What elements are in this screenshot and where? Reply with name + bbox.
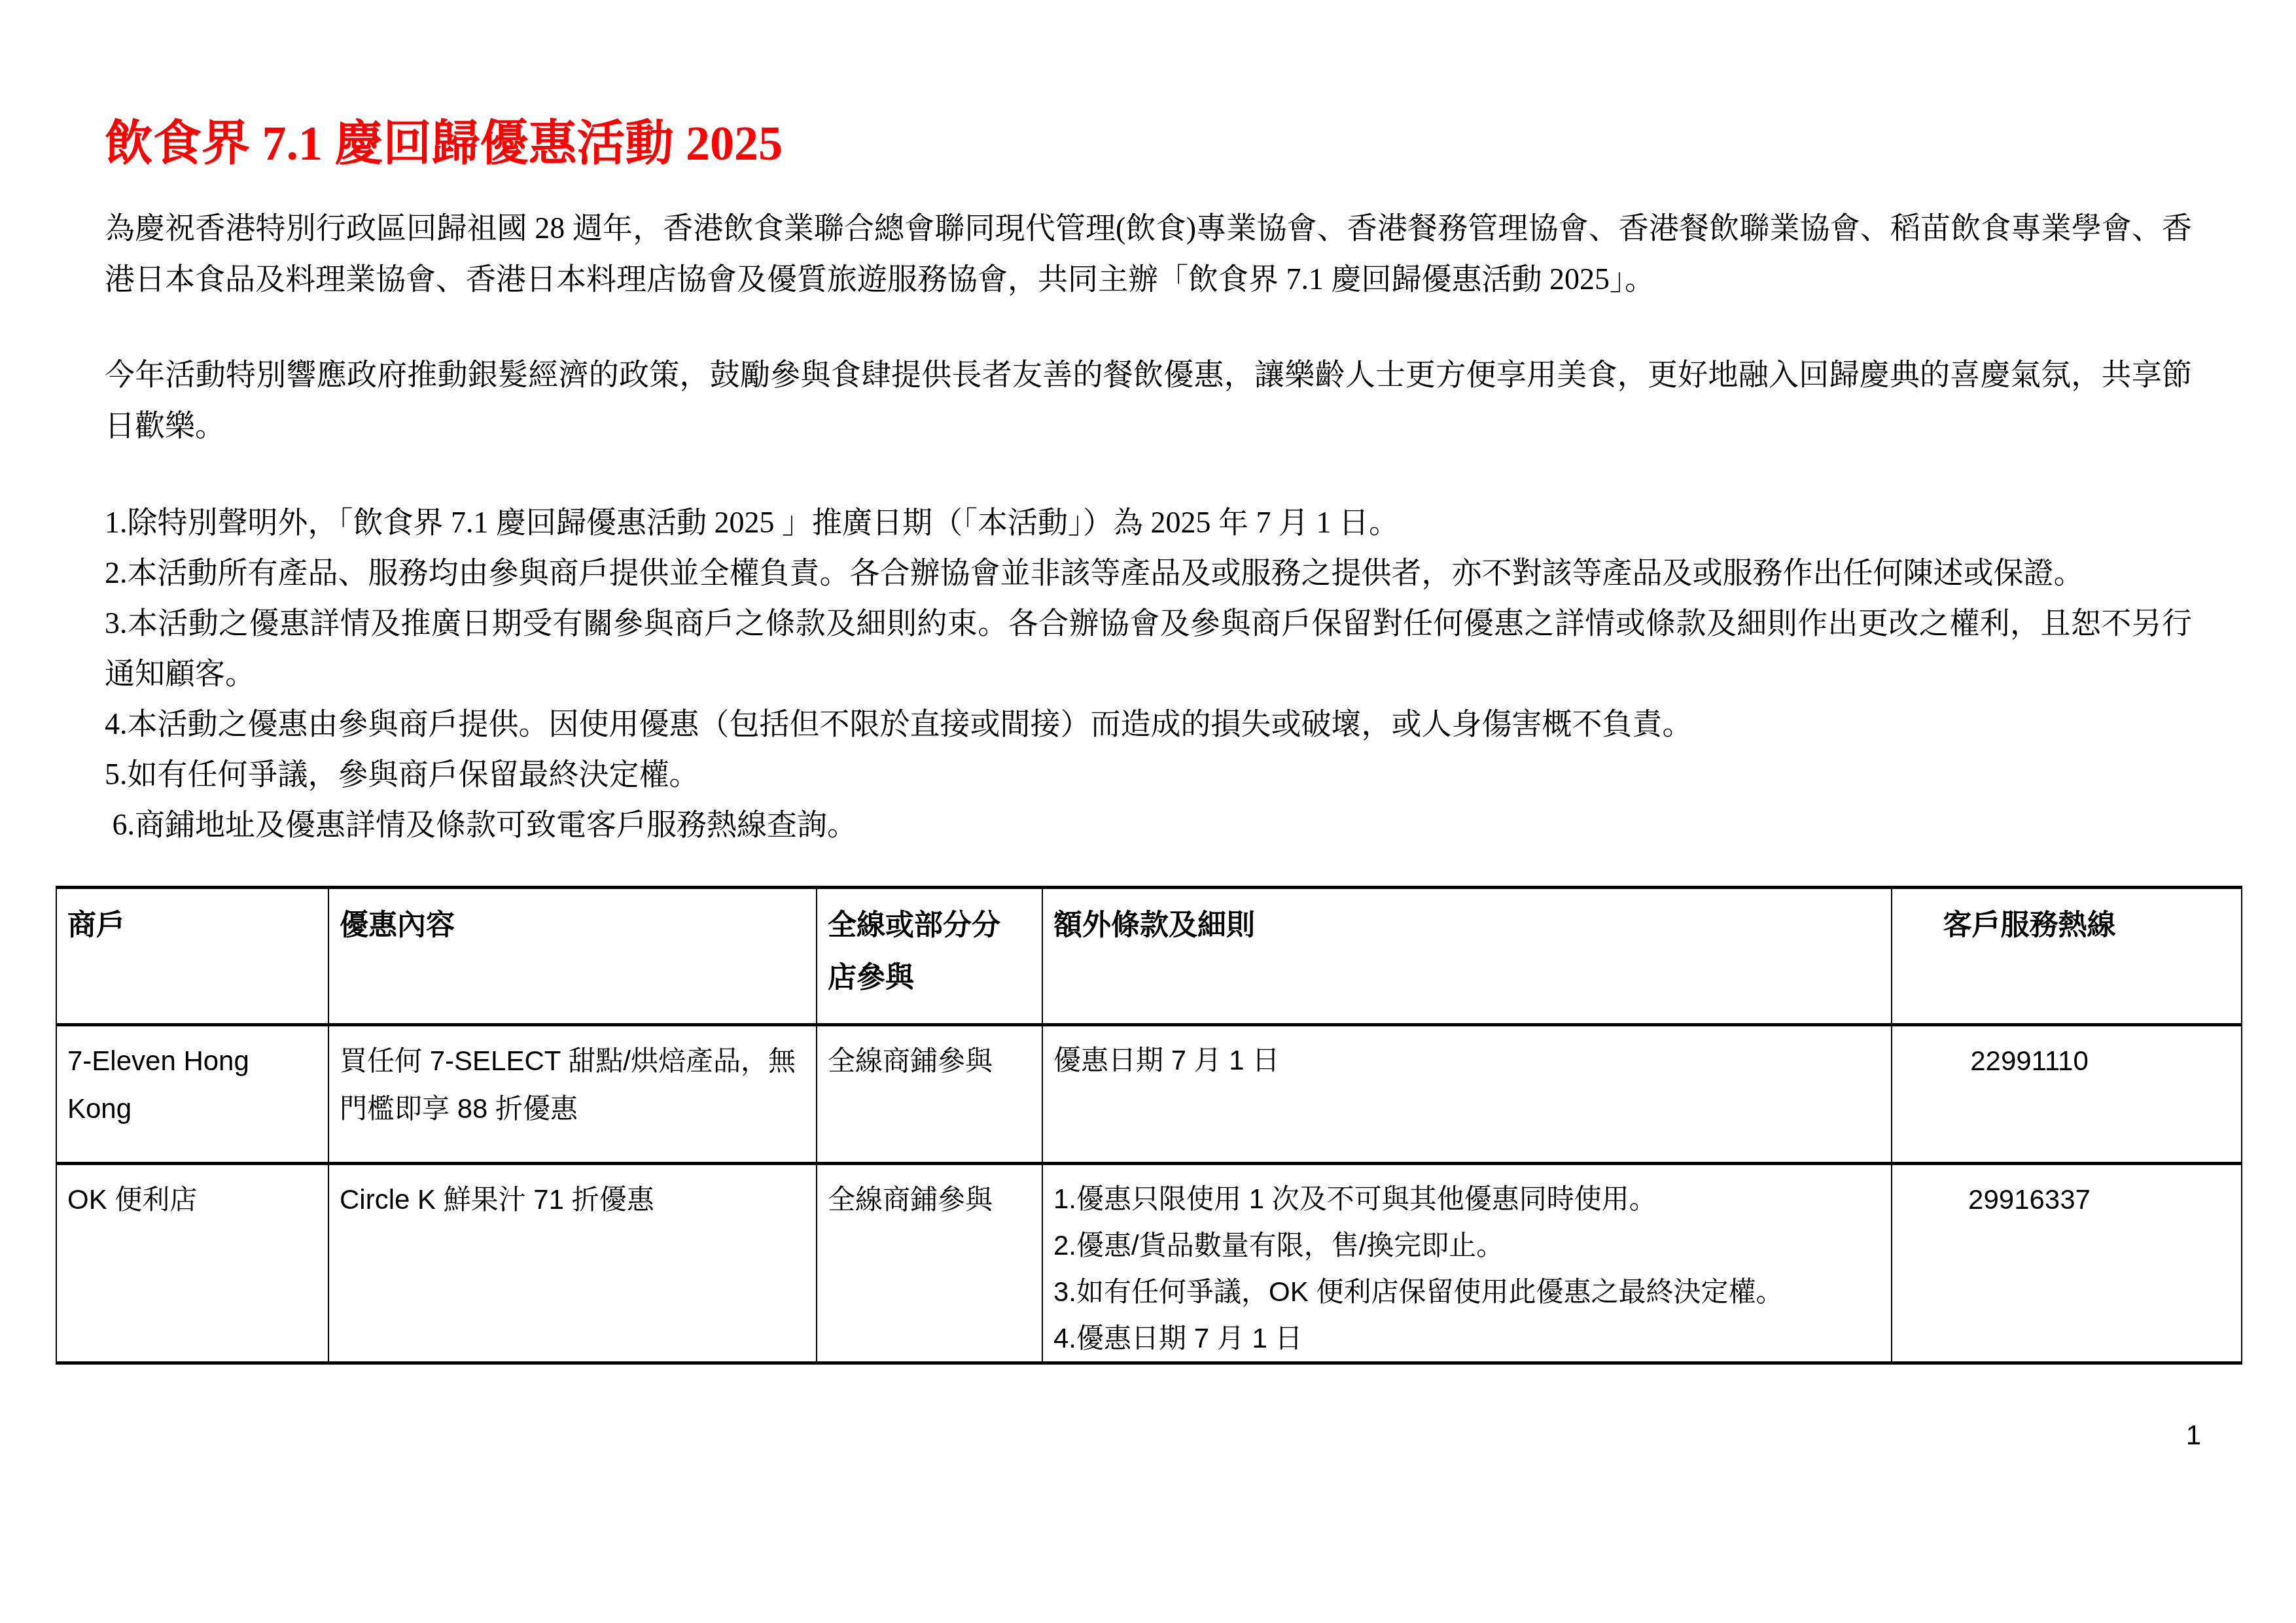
conditions-cell: 1.優惠只限使用 1 次及不可與其他優惠同時使用。 2.優惠/貨品數量有限，售/… — [1042, 1164, 1892, 1363]
table-header-row: 商戶 優惠內容 全線或部分分店參與 額外條款及細則 客戶服務熱線 — [56, 888, 2242, 1025]
intro-paragraph: 為慶祝香港特別行政區回歸祖國 28 週年，香港飲食業聯合總會聯同現代管理(飲食)… — [105, 203, 2192, 305]
hotline-cell: 22991110 — [1892, 1025, 2242, 1164]
document-content: 飲食界 7.1 慶回歸優惠活動 2025 為慶祝香港特別行政區回歸祖國 28 週… — [0, 0, 2296, 1365]
condition-line: 2.優惠/貨品數量有限，售/換完即止。 — [1053, 1222, 1881, 1268]
term-item-3: 3.本活動之優惠詳情及推廣日期受有關參與商戶之條款及細則約束。各合辦協會及參與商… — [105, 598, 2192, 699]
page-number: 1 — [2186, 1420, 2201, 1451]
hotline-cell: 29916337 — [1892, 1164, 2242, 1363]
offers-table-wrapper: 商戶 優惠內容 全線或部分分店參與 額外條款及細則 客戶服務熱線 7-Eleve… — [56, 886, 2192, 1365]
document-page: 飲食界 7.1 慶回歸優惠活動 2025 為慶祝香港特別行政區回歸祖國 28 週… — [0, 0, 2296, 1623]
condition-line: 3.如有任何爭議，OK 便利店保留使用此優惠之最終決定權。 — [1053, 1268, 1881, 1315]
page-title: 飲食界 7.1 慶回歸優惠活動 2025 — [105, 116, 2192, 171]
participation-cell: 全線商鋪參與 — [817, 1025, 1042, 1164]
term-item-5: 5.如有任何爭議，參與商戶保留最終決定權。 — [105, 749, 2192, 799]
header-offer: 優惠內容 — [328, 888, 817, 1025]
condition-line: 優惠日期 7 月 1 日 — [1053, 1037, 1881, 1083]
table-row: OK 便利店 Circle K 鮮果汁 71 折優惠 全線商鋪參與 1.優惠只限… — [56, 1164, 2242, 1363]
condition-line: 1.優惠只限使用 1 次及不可與其他優惠同時使用。 — [1053, 1176, 1881, 1222]
term-item-2: 2.本活動所有產品、服務均由參與商戶提供並全權負責。各合辦協會並非該等產品及或服… — [105, 548, 2192, 598]
header-merchant: 商戶 — [56, 888, 328, 1025]
merchant-cell: OK 便利店 — [56, 1164, 328, 1363]
conditions-cell: 優惠日期 7 月 1 日 — [1042, 1025, 1892, 1164]
header-hotline: 客戶服務熱線 — [1892, 888, 2242, 1025]
term-item-1: 1.除特別聲明外，「飲食界 7.1 慶回歸優惠活動 2025 」推廣日期（「本活… — [105, 497, 2192, 548]
term-item-6: 6.商鋪地址及優惠詳情及條款可致電客戶服務熱線查詢。 — [105, 799, 2192, 850]
offer-cell: 買任何 7-SELECT 甜點/烘焙產品，無門檻即享 88 折優惠 — [328, 1025, 817, 1164]
merchant-cell: 7-Eleven Hong Kong — [56, 1025, 328, 1164]
offer-cell: Circle K 鮮果汁 71 折優惠 — [328, 1164, 817, 1363]
table-row: 7-Eleven Hong Kong 買任何 7-SELECT 甜點/烘焙產品，… — [56, 1025, 2242, 1164]
header-conditions: 額外條款及細則 — [1042, 888, 1892, 1025]
participation-cell: 全線商鋪參與 — [817, 1164, 1042, 1363]
theme-paragraph: 今年活動特別響應政府推動銀髮經濟的政策，鼓勵參與食肆提供長者友善的餐飲優惠，讓樂… — [105, 349, 2192, 451]
offers-table: 商戶 優惠內容 全線或部分分店參與 額外條款及細則 客戶服務熱線 7-Eleve… — [56, 886, 2242, 1365]
term-item-4: 4.本活動之優惠由參與商戶提供。因使用優惠（包括但不限於直接或間接）而造成的損失… — [105, 699, 2192, 749]
condition-line: 4.優惠日期 7 月 1 日 — [1053, 1315, 1881, 1361]
terms-list: 1.除特別聲明外，「飲食界 7.1 慶回歸優惠活動 2025 」推廣日期（「本活… — [105, 497, 2192, 850]
header-participation: 全線或部分分店參與 — [817, 888, 1042, 1025]
